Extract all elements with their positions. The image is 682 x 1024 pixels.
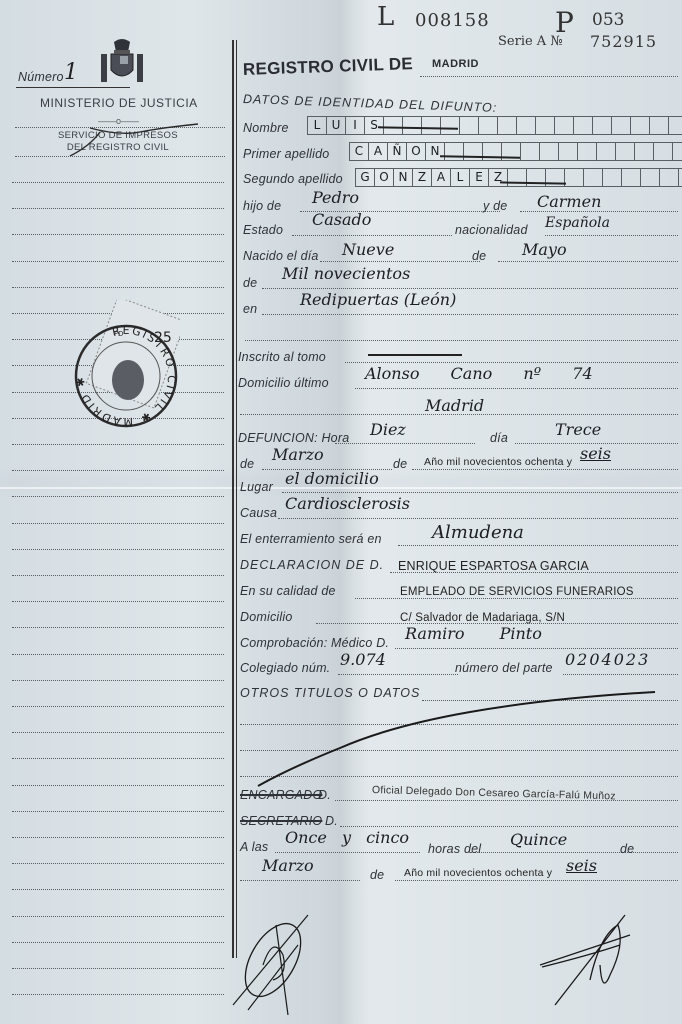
dotted-line	[345, 362, 678, 363]
dotted-line	[262, 288, 678, 289]
letter-box	[592, 116, 612, 135]
dotted-line	[12, 182, 224, 183]
dotted-line	[12, 889, 224, 890]
causa-label: Causa	[240, 506, 277, 520]
letter-box: Ñ	[387, 142, 407, 161]
identity-section-heading: DATOS DE IDENTIDAD DEL DIFUNTO:	[243, 92, 498, 115]
nacido-en-label: en	[243, 302, 257, 316]
dotted-line	[12, 470, 224, 471]
dotted-line	[12, 758, 224, 759]
lugar-label: Lugar	[240, 480, 273, 494]
segundo-apellido-label: Segundo apellido	[243, 172, 343, 186]
mother-name-value: Carmen	[537, 192, 601, 211]
letter-box: Z	[412, 168, 432, 187]
dotted-line	[12, 496, 224, 497]
firma-anio-de-label: de	[370, 868, 384, 882]
horas-del-label: horas del	[428, 842, 481, 856]
dotted-line	[12, 785, 224, 786]
dotted-line	[12, 811, 224, 812]
signature-left	[228, 905, 318, 1015]
signature-right	[530, 905, 640, 1015]
dotted-line	[12, 863, 224, 864]
dotted-line	[12, 287, 224, 288]
letter-box	[507, 168, 527, 187]
letter-box	[520, 142, 540, 161]
letter-box: O	[406, 142, 426, 161]
letter-box	[478, 116, 498, 135]
letter-box	[649, 116, 669, 135]
comprobacion-label: Comprobación: Médico D.	[240, 636, 389, 650]
domicilio-ciudad-value: Madrid	[425, 396, 484, 415]
nacionalidad-label: nacionalidad	[455, 223, 528, 237]
inscrito-tomo-label: Inscrito al tomo	[238, 350, 326, 364]
dotted-line	[292, 235, 452, 236]
letter-box	[640, 168, 660, 187]
letter-box	[554, 116, 574, 135]
letter-box	[535, 116, 555, 135]
dotted-line	[470, 852, 678, 853]
dotted-line	[12, 234, 224, 235]
dotted-line	[275, 852, 420, 853]
letter-box	[630, 116, 650, 135]
parte-value: 0204023	[565, 650, 650, 669]
estado-label: Estado	[243, 223, 283, 237]
firma-dia-value: Quince	[510, 830, 567, 849]
nombre-letter-boxes: LUIS	[308, 116, 682, 135]
registry-seal-stamp-icon: FD 25 REGISTRO CIVIL ✱ MADRID ✱	[74, 300, 180, 430]
dotted-line	[335, 800, 678, 801]
declaracion-label: DECLARACION DE D.	[240, 558, 384, 572]
spanish-coat-of-arms-icon	[98, 38, 146, 86]
letter-box	[659, 168, 679, 187]
letter-box	[583, 168, 603, 187]
letter-box: E	[469, 168, 489, 187]
calidad-value: EMPLEADO DE SERVICIOS FUNERARIOS	[400, 586, 634, 598]
letter-box: A	[368, 142, 388, 161]
defuncion-hora-value: Diez	[370, 420, 406, 439]
letter-box: L	[450, 168, 470, 187]
letter-box	[444, 142, 464, 161]
letter-box: O	[374, 168, 394, 187]
dotted-line	[338, 674, 458, 675]
nacido-mes-value: Mayo	[522, 240, 567, 259]
colegiado-value: 9.074	[340, 650, 386, 669]
numero-value: 1	[64, 60, 78, 85]
encargado-d-label: D.	[318, 788, 331, 802]
letter-box: U	[326, 116, 346, 135]
letter-box	[539, 142, 559, 161]
dotted-line	[12, 968, 224, 969]
serie-number: 752915	[590, 32, 657, 51]
dotted-line	[335, 443, 475, 444]
death-certificate-page: L 008158 P 053 Serie A № 752915 Número 1…	[0, 0, 682, 1024]
firma-anio-value: seis	[566, 856, 597, 875]
letter-box	[459, 116, 479, 135]
dotted-line	[262, 314, 678, 315]
dotted-line	[12, 627, 224, 628]
firma-anio-printed: Año mil novecientos ochenta y	[404, 867, 552, 879]
firma-mes-value: Marzo	[262, 856, 314, 875]
scribble-mark	[60, 122, 200, 158]
defuncion-dia-value: Trece	[555, 420, 601, 439]
dotted-line	[420, 76, 678, 77]
domicilio-ultimo-label: Domicilio último	[238, 376, 329, 390]
letter-box: G	[355, 168, 375, 187]
letter-box: A	[431, 168, 451, 187]
letter-box: N	[393, 168, 413, 187]
letter-box	[678, 168, 682, 187]
letter-box: N	[425, 142, 445, 161]
letter-box	[596, 142, 616, 161]
letter-box	[463, 142, 483, 161]
dotted-line	[12, 208, 224, 209]
dotted-line	[320, 261, 480, 262]
numero-underline	[16, 87, 130, 88]
defuncion-hora-label: DEFUNCION: Hora	[238, 431, 349, 445]
enterramiento-label: El enterramiento será en	[240, 532, 382, 546]
dotted-line	[520, 211, 678, 212]
declarante-domicilio-label: Domicilio	[240, 610, 293, 624]
defuncion-mes-value: Marzo	[272, 445, 324, 464]
letter-box	[621, 168, 641, 187]
letter-box	[573, 116, 593, 135]
nombre-label: Nombre	[243, 121, 289, 135]
dotted-line	[12, 706, 224, 707]
cancel-line	[368, 354, 462, 356]
serie-label: Serie A №	[498, 34, 563, 49]
dotted-line	[12, 837, 224, 838]
nacido-dia-value: Nueve	[342, 240, 394, 259]
declarante-domicilio-value: C/ Salvador de Madariaga, S/N	[400, 612, 565, 624]
letter-box	[402, 116, 422, 135]
nacido-de-label: de	[472, 249, 486, 263]
defuncion-dia-label: día	[490, 431, 508, 445]
lugar-nacimiento-value: Redipuertas (León)	[300, 290, 456, 309]
dotted-line	[545, 235, 678, 236]
dotted-line	[12, 549, 224, 550]
primer-apellido-label: Primer apellido	[243, 147, 329, 161]
dotted-line	[340, 826, 678, 827]
enterramiento-value: Almudena	[432, 522, 524, 543]
parte-label: número del parte	[455, 661, 553, 675]
column-divider-rule	[232, 40, 237, 958]
letter-box	[497, 116, 517, 135]
letter-box	[564, 168, 584, 187]
nacido-anio-value: Mil novecientos	[282, 264, 410, 283]
dotted-line	[12, 523, 224, 524]
father-name-value: Pedro	[312, 188, 359, 207]
nacido-dia-label: Nacido el día	[243, 249, 319, 263]
registry-title: REGISTRO CIVIL DE	[243, 54, 414, 80]
dotted-line	[12, 732, 224, 733]
defuncion-anio-printed: Año mil novecientos ochenta y	[424, 456, 572, 468]
dotted-line	[240, 880, 360, 881]
letter-box	[615, 142, 635, 161]
dotted-line	[282, 492, 678, 493]
dotted-line	[398, 545, 678, 546]
defuncion-mes-label: de	[240, 457, 254, 471]
cancel-flourish-line	[250, 690, 660, 790]
declarante-value: ENRIQUE ESPARTOSA GARCIA	[398, 559, 589, 573]
letter-box	[558, 142, 578, 161]
encargado-label-struck: ENCARGADO	[240, 788, 322, 802]
defuncion-anio-de-label: de	[393, 457, 407, 471]
nacido-anio-label: de	[243, 276, 257, 290]
numero-label: Número	[18, 70, 64, 84]
dotted-line	[12, 654, 224, 655]
calidad-label: En su calidad de	[240, 584, 336, 598]
letter-box	[611, 116, 631, 135]
dotted-line	[395, 648, 678, 649]
dotted-line	[245, 340, 678, 341]
dotted-line	[12, 444, 224, 445]
letter-box	[516, 116, 536, 135]
dotted-line	[395, 880, 678, 881]
dotted-line	[355, 388, 678, 389]
nacionalidad-value: Española	[545, 215, 610, 231]
y-de-label: y de	[483, 199, 507, 213]
dotted-line	[15, 156, 225, 157]
secretario-label-struck: SECRETARIO	[240, 814, 322, 828]
dotted-line	[12, 916, 224, 917]
dotted-line	[12, 994, 224, 995]
letter-box	[602, 168, 622, 187]
letter-box: Z	[488, 168, 508, 187]
letter-box	[668, 116, 682, 135]
letter-box	[421, 116, 441, 135]
estado-value: Casado	[312, 210, 371, 229]
dotted-line	[12, 601, 224, 602]
letter-box	[634, 142, 654, 161]
letter-box	[672, 142, 682, 161]
a-las-label: A las	[240, 840, 268, 854]
letter-box	[440, 116, 460, 135]
serial-L-number: 008158	[415, 10, 490, 31]
letter-box	[577, 142, 597, 161]
dotted-line	[12, 680, 224, 681]
firma-de-label: de	[620, 842, 634, 856]
causa-value: Cardiosclerosis	[285, 494, 410, 513]
dotted-line	[12, 575, 224, 576]
dotted-line	[412, 469, 678, 470]
letter-box: C	[349, 142, 369, 161]
letter-box: I	[345, 116, 365, 135]
medico-value: Ramiro Pinto	[405, 624, 542, 643]
defuncion-anio-value: seis	[580, 444, 611, 463]
serial-L-letter: L	[377, 2, 394, 32]
dotted-line	[12, 261, 224, 262]
colegiado-label: Colegiado núm.	[240, 661, 330, 675]
secretario-d-label: D.	[325, 814, 338, 828]
firma-hora-value: Once y cinco	[285, 828, 409, 847]
serial-P-number: 053	[592, 10, 624, 30]
segundo-apellido-letter-boxes: GONZALEZ	[356, 168, 682, 187]
dotted-line	[278, 518, 678, 519]
registry-city: MADRID	[432, 58, 479, 70]
letter-box	[653, 142, 673, 161]
dotted-line	[12, 942, 224, 943]
hijo-de-label: hijo de	[243, 199, 281, 213]
lugar-value: el domicilio	[285, 469, 379, 488]
letter-box: L	[307, 116, 327, 135]
dotted-line	[498, 261, 678, 262]
ministry-name: MINISTERIO DE JUSTICIA	[40, 96, 198, 110]
dotted-line	[355, 598, 678, 599]
dotted-line	[563, 674, 678, 675]
domicilio-ultimo-value: Alonso Cano nº 74	[365, 364, 593, 383]
